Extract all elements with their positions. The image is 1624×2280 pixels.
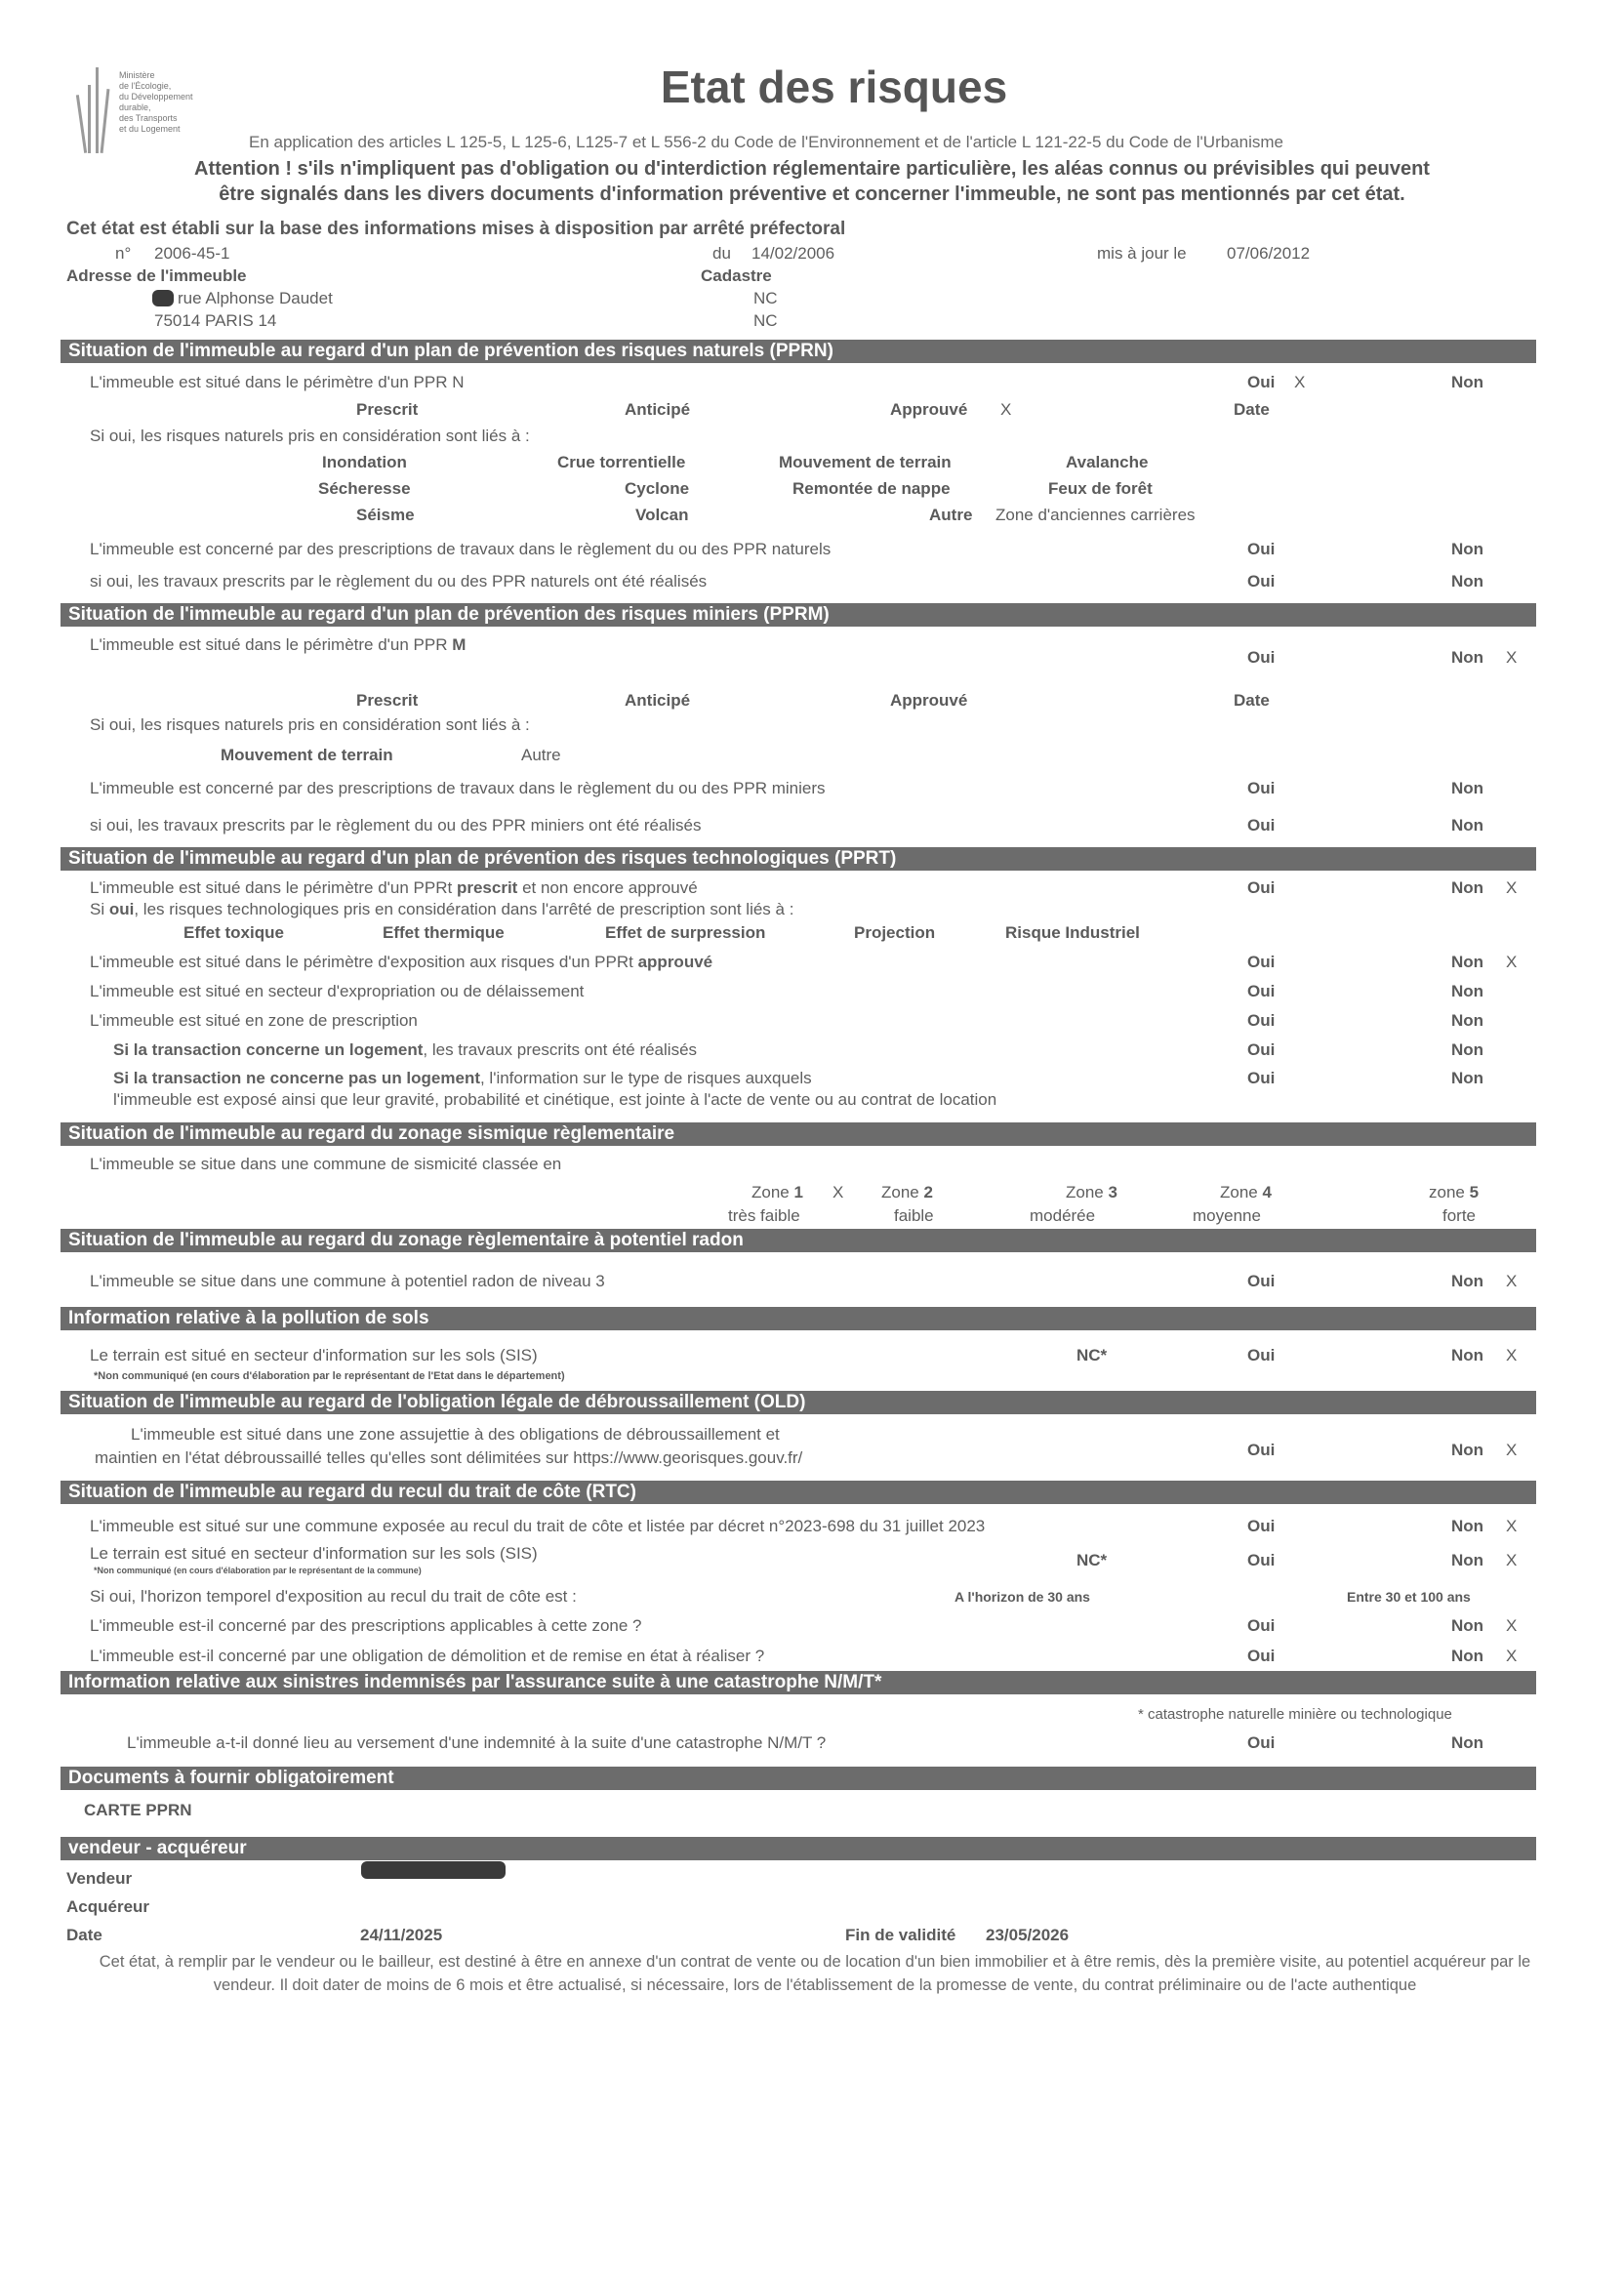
date-label: Date — [66, 1926, 102, 1945]
rtc-sis-non-check: X — [1506, 1551, 1517, 1570]
pprm-status-approuve: Approuvé — [890, 691, 967, 711]
sols-non-check: X — [1506, 1346, 1517, 1365]
page-title: Etat des risques — [0, 61, 1624, 113]
pprt-prescrit-oui: Oui — [1247, 878, 1275, 898]
risk-secheresse: Sécheresse — [318, 479, 411, 499]
pprt-logement-oui: Oui — [1247, 1040, 1275, 1060]
section-sismique-header: Situation de l'immeuble au regard du zon… — [61, 1122, 1536, 1146]
zone-number: 2 — [923, 1183, 932, 1201]
sinistres-oui: Oui — [1247, 1733, 1275, 1753]
risk-crue-torrentielle: Crue torrentielle — [557, 453, 685, 472]
pprt-prescrit-non-check: X — [1506, 878, 1517, 898]
pprt-approuve-non: Non — [1451, 953, 1483, 972]
update-date-label: mis à jour le — [1097, 244, 1187, 264]
radon-oui: Oui — [1247, 1272, 1275, 1291]
validity-date: 23/05/2026 — [986, 1926, 1069, 1945]
zone-label: zone — [1429, 1183, 1465, 1201]
rtc-horizon-30-100: Entre 30 et 100 ans — [1347, 1589, 1471, 1605]
legal-references: En application des articles L 125-5, L 1… — [249, 133, 1283, 152]
pprt-expropriation-non: Non — [1451, 982, 1483, 1001]
radon-non-check: X — [1506, 1272, 1517, 1291]
zone-4-label-wrap: Zone 4 — [1220, 1183, 1272, 1202]
pprn-travaux-oui: Oui — [1247, 572, 1275, 591]
pprt-question-prescrit: L'immeuble est situé dans le périmètre d… — [90, 878, 698, 898]
update-date: 07/06/2012 — [1227, 244, 1310, 264]
sinistres-footnote: * catastrophe naturelle minière ou techn… — [1138, 1706, 1452, 1723]
vendeur-label: Vendeur — [66, 1869, 132, 1889]
address-city: 75014 PARIS 14 — [154, 311, 276, 331]
zone-number: 5 — [1470, 1183, 1479, 1201]
rtc-question-commune: L'immeuble est situé sur une commune exp… — [90, 1517, 985, 1536]
pprn-perimeter-oui-check: X — [1294, 373, 1305, 392]
arrete-date-label: du — [712, 244, 731, 264]
pprt-zone-prescription-oui: Oui — [1247, 1011, 1275, 1031]
section-old-header: Situation de l'immeuble au regard de l'o… — [61, 1391, 1536, 1414]
zone-label: Zone — [881, 1183, 919, 1201]
pprt-question-non-logement-cont: l'immeuble est exposé ainsi que leur gra… — [113, 1090, 996, 1110]
zone-4-desc: moyenne — [1193, 1206, 1261, 1226]
pprm-perimeter-oui: Oui — [1247, 648, 1275, 668]
pprm-travaux-oui: Oui — [1247, 816, 1275, 835]
pprm-question-perimeter: L'immeuble est situé dans le périmètre d… — [90, 635, 466, 655]
rtc-sis-non: Non — [1451, 1551, 1483, 1570]
old-non-check: X — [1506, 1441, 1517, 1460]
arrete-number: 2006-45-1 — [154, 244, 230, 264]
old-question-line1: L'immeuble est situé dans une zone assuj… — [131, 1425, 780, 1445]
pprn-question-travaux: si oui, les travaux prescrits par le règ… — [90, 572, 707, 591]
pprm-question-travaux: si oui, les travaux prescrits par le règ… — [90, 816, 701, 835]
zone-1-desc: très faible — [728, 1206, 800, 1226]
zone-5-desc: forte — [1442, 1206, 1476, 1226]
pprt-q1-a: L'immeuble est situé dans le périmètre d… — [90, 878, 452, 897]
zone-3-label-wrap: Zone 3 — [1066, 1183, 1117, 1202]
pprm-travaux-non: Non — [1451, 816, 1483, 835]
risk-cyclone: Cyclone — [625, 479, 689, 499]
pprn-question-perimeter: L'immeuble est situé dans le périmètre d… — [90, 373, 465, 392]
rtc-sis-nc: NC* — [1076, 1551, 1107, 1570]
rtc-horizon-30: A l'horizon de 30 ans — [954, 1589, 1090, 1605]
risk-mouvement-terrain: Mouvement de terrain — [779, 453, 952, 472]
effect-thermique: Effet thermique — [383, 923, 505, 943]
rtc-question-prescriptions: L'immeuble est-il concerné par des presc… — [90, 1616, 642, 1636]
pprm-q1-text: L'immeuble est situé dans le périmètre d… — [90, 635, 448, 654]
cadastre-value-1: NC — [753, 289, 778, 308]
pprt-question-non-logement: Si la transaction ne concerne pas un log… — [113, 1069, 812, 1088]
sols-oui: Oui — [1247, 1346, 1275, 1365]
risk-volcan: Volcan — [635, 506, 688, 525]
zone-1-check: X — [832, 1183, 843, 1202]
rtc-demolition-non-check: X — [1506, 1647, 1517, 1666]
pprt-q5-text: , les travaux prescrits ont été réalisés — [423, 1040, 697, 1059]
risk-autre: Autre — [929, 506, 972, 525]
zone-2-label-wrap: Zone 2 — [881, 1183, 933, 1202]
pprt-question-approuve: L'immeuble est situé dans le périmètre d… — [90, 953, 712, 972]
pprt-intro-c: , les risques technologiques pris en con… — [134, 900, 793, 918]
section-sinistres-header: Information relative aux sinistres indem… — [61, 1671, 1536, 1694]
cadastre-value-2: NC — [753, 311, 778, 331]
pprn-risks-intro: Si oui, les risques naturels pris en con… — [90, 427, 530, 446]
pprn-approuve-check: X — [1000, 400, 1011, 420]
pprt-risks-intro: Si oui, les risques technologiques pris … — [90, 900, 793, 919]
zone-label: Zone — [1066, 1183, 1104, 1201]
pprn-status-prescrit: Prescrit — [356, 400, 418, 420]
footer-notice: Cet état, à remplir par le vendeur ou le… — [68, 1950, 1562, 1997]
effect-surpression: Effet de surpression — [605, 923, 765, 943]
radon-question: L'immeuble se situe dans une commune à p… — [90, 1272, 605, 1291]
zone-3-desc: modérée — [1030, 1206, 1095, 1226]
pprm-question-prescriptions: L'immeuble est concerné par des prescrip… — [90, 779, 826, 798]
arrete-number-label: n° — [115, 244, 131, 264]
section-rtc-header: Situation de l'immeuble au regard du rec… — [61, 1481, 1536, 1504]
risk-autre-value: Zone d'anciennes carrières — [995, 506, 1196, 525]
redacted-vendeur-name — [361, 1861, 506, 1879]
pprt-q5-bold: Si la transaction concerne un logement — [113, 1040, 423, 1059]
rtc-demolition-non: Non — [1451, 1647, 1483, 1666]
pprt-q1-bold: prescrit — [457, 878, 517, 897]
zone-number: 4 — [1262, 1183, 1271, 1201]
acquereur-label: Acquéreur — [66, 1897, 149, 1917]
pprn-date-label: Date — [1234, 400, 1270, 420]
zone-1-label-wrap: Zone 1 — [751, 1183, 803, 1202]
old-non: Non — [1451, 1441, 1483, 1460]
section-parties-header: vendeur - acquéreur — [61, 1837, 1536, 1860]
pprm-q1-bold: M — [452, 635, 466, 654]
address-label: Adresse de l'immeuble — [66, 266, 247, 286]
pprt-approuve-oui: Oui — [1247, 953, 1275, 972]
section-pprn-header: Situation de l'immeuble au regard d'un p… — [61, 340, 1536, 363]
pprt-q6-text: , l'information sur le type de risques a… — [480, 1069, 812, 1087]
pprt-question-expropriation: L'immeuble est situé en secteur d'exprop… — [90, 982, 584, 1001]
pprt-q1-c: et non encore approuvé — [522, 878, 698, 897]
pprn-status-approuve: Approuvé — [890, 400, 967, 420]
sismique-question: L'immeuble se situe dans une commune de … — [90, 1155, 561, 1174]
rtc-question-horizon: Si oui, l'horizon temporel d'exposition … — [90, 1587, 577, 1607]
risk-seisme: Séisme — [356, 506, 415, 525]
arrete-date: 14/02/2006 — [751, 244, 834, 264]
section-pprt-header: Situation de l'immeuble au regard d'un p… — [61, 847, 1536, 871]
rtc-demolition-oui: Oui — [1247, 1647, 1275, 1666]
pprm-perimeter-non: Non — [1451, 648, 1483, 668]
pprn-prescriptions-non: Non — [1451, 540, 1483, 559]
pprn-perimeter-non: Non — [1451, 373, 1483, 392]
zone-number: 1 — [793, 1183, 802, 1201]
sols-nc-note: *Non communiqué (en cours d'élaboration … — [94, 1370, 565, 1382]
rtc-sis-nc-note: *Non communiqué (en cours d'élaboration … — [94, 1566, 422, 1575]
rtc-commune-non: Non — [1451, 1517, 1483, 1536]
section-pprm-header: Situation de l'immeuble au regard d'un p… — [61, 603, 1536, 627]
zone-label: Zone — [1220, 1183, 1258, 1201]
address-street: rue Alphonse Daudet — [178, 289, 333, 308]
pprt-question-zone-prescription: L'immeuble est situé en zone de prescrip… — [90, 1011, 418, 1031]
pprn-status-anticipe: Anticipé — [625, 400, 690, 420]
arrete-heading: Cet état est établi sur la base des info… — [66, 219, 845, 240]
validity-label: Fin de validité — [845, 1926, 955, 1945]
pprm-risk-autre: Autre — [521, 746, 561, 765]
pprt-question-logement: Si la transaction concerne un logement, … — [113, 1040, 697, 1060]
pprt-non-logement-non: Non — [1451, 1069, 1483, 1088]
rtc-prescriptions-non-check: X — [1506, 1616, 1517, 1636]
pprm-status-prescrit: Prescrit — [356, 691, 418, 711]
pprt-logement-non: Non — [1451, 1040, 1483, 1060]
pprt-q2-bold: approuvé — [638, 953, 713, 971]
effect-risque-industriel: Risque Industriel — [1005, 923, 1140, 943]
sinistres-non: Non — [1451, 1733, 1483, 1753]
sinistres-question: L'immeuble a-t-il donné lieu au versemen… — [127, 1733, 826, 1753]
rtc-sis-oui: Oui — [1247, 1551, 1275, 1570]
zone-number: 3 — [1108, 1183, 1116, 1201]
radon-non: Non — [1451, 1272, 1483, 1291]
risk-remontee-nappe: Remontée de nappe — [792, 479, 951, 499]
document-carte-pprn: CARTE PPRN — [84, 1801, 192, 1820]
date-value: 24/11/2025 — [360, 1926, 442, 1945]
rtc-prescriptions-oui: Oui — [1247, 1616, 1275, 1636]
sols-nc: NC* — [1076, 1346, 1107, 1365]
pprm-risk-mouvement-terrain: Mouvement de terrain — [221, 746, 393, 765]
rtc-commune-oui: Oui — [1247, 1517, 1275, 1536]
pprm-perimeter-non-check: X — [1506, 648, 1517, 668]
pprm-status-anticipe: Anticipé — [625, 691, 690, 711]
pprt-prescrit-non: Non — [1451, 878, 1483, 898]
section-documents-header: Documents à fournir obligatoirement — [61, 1767, 1536, 1790]
risk-inondation: Inondation — [322, 453, 407, 472]
pprn-perimeter-oui: Oui — [1247, 373, 1275, 392]
sols-non: Non — [1451, 1346, 1483, 1365]
pprt-q6-bold: Si la transaction ne concerne pas un log… — [113, 1069, 480, 1087]
pprt-intro-a: Si — [90, 900, 104, 918]
pprt-q2-a: L'immeuble est situé dans le périmètre d… — [90, 953, 633, 971]
pprn-prescriptions-oui: Oui — [1247, 540, 1275, 559]
pprm-prescriptions-non: Non — [1451, 779, 1483, 798]
effect-toxique: Effet toxique — [183, 923, 284, 943]
cadastre-label: Cadastre — [701, 266, 772, 286]
old-oui: Oui — [1247, 1441, 1275, 1460]
pprt-zone-prescription-non: Non — [1451, 1011, 1483, 1031]
pprm-date-label: Date — [1234, 691, 1270, 711]
section-sols-header: Information relative à la pollution de s… — [61, 1307, 1536, 1330]
warning-line-1: Attention ! s'ils n'impliquent pas d'obl… — [0, 158, 1624, 181]
pprn-question-prescriptions: L'immeuble est concerné par des prescrip… — [90, 540, 831, 559]
old-question-line2: maintien en l'état débroussaillé telles … — [95, 1448, 802, 1468]
zone-2-desc: faible — [894, 1206, 934, 1226]
zone-5-label-wrap: zone 5 — [1429, 1183, 1479, 1202]
rtc-commune-non-check: X — [1506, 1517, 1517, 1536]
pprt-non-logement-oui: Oui — [1247, 1069, 1275, 1088]
pprm-risks-intro: Si oui, les risques naturels pris en con… — [90, 715, 530, 735]
pprt-expropriation-oui: Oui — [1247, 982, 1275, 1001]
risk-avalanche: Avalanche — [1066, 453, 1148, 472]
rtc-question-sis: Le terrain est situé en secteur d'inform… — [90, 1544, 538, 1564]
rtc-question-demolition: L'immeuble est-il concerné par une oblig… — [90, 1647, 764, 1666]
zone-label: Zone — [751, 1183, 790, 1201]
pprt-approuve-non-check: X — [1506, 953, 1517, 972]
sols-question: Le terrain est situé en secteur d'inform… — [90, 1346, 538, 1365]
rtc-prescriptions-non: Non — [1451, 1616, 1483, 1636]
pprn-travaux-non: Non — [1451, 572, 1483, 591]
redacted-street-number — [152, 290, 174, 306]
pprt-intro-bold: oui — [109, 900, 135, 918]
warning-line-2: être signalés dans les divers documents … — [0, 183, 1624, 206]
effect-projection: Projection — [854, 923, 935, 943]
pprm-prescriptions-oui: Oui — [1247, 779, 1275, 798]
section-radon-header: Situation de l'immeuble au regard du zon… — [61, 1229, 1536, 1252]
risk-feux-foret: Feux de forêt — [1048, 479, 1153, 499]
